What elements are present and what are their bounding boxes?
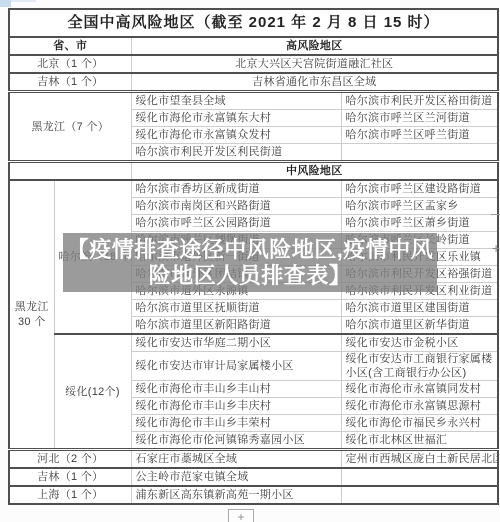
table-row: 中风险地区 xyxy=(9,162,498,181)
table-row: 吉林（1 个） 公主岭市范家屯镇全域 xyxy=(9,468,498,486)
region-cell: 哈尔滨市道里区新华街道 xyxy=(341,317,498,335)
region-cell: 哈尔滨市呼兰区建设路街道 xyxy=(341,180,498,198)
table-row: 河北（2 个） 石家庄市藁城区全域 定州市西城区庞白土新民居北区 xyxy=(9,450,498,469)
region-cell: 绥化市海伦市丰山乡丰山村 xyxy=(131,381,341,398)
section-header-mid-risk: 中风险地区 xyxy=(131,162,498,181)
table-title: 全国中高风险地区（截至 2021 年 2 月 8 日 15 时） xyxy=(9,9,498,37)
region-cell: 吉林省通化市东昌区全域 xyxy=(131,73,498,92)
section-header-high-risk: 高风险地区 xyxy=(131,37,498,55)
region-cell: 哈尔滨市呼兰区萧乡街道 xyxy=(341,215,498,232)
region-cell: 绥化市望奎县全域 xyxy=(131,92,341,110)
region-cell: 哈尔滨市香坊区新成街道 xyxy=(131,180,341,198)
table-row: 吉林（1 个） 吉林省通化市东昌区全域 xyxy=(9,73,498,92)
region-cell: 绥化市海伦市永富镇思源村 xyxy=(341,398,498,415)
region-cell: 绥化市海伦市丰山乡丰荣村 xyxy=(131,415,341,432)
region-cell: 哈尔滨市道里区抚顺街道 xyxy=(131,300,341,317)
region-cell: 北京大兴区天宫院街道融汇社区 xyxy=(131,55,498,73)
region-cell: 哈尔滨市呼兰区孟家乡 xyxy=(341,198,498,215)
province-cell: 吉林（1 个） xyxy=(9,73,131,92)
city-cell: 绥化(12个) xyxy=(54,334,131,450)
table-row: 绥化(12个) 绥化市安达市华庭二期小区 绥化市安达市金税小区 xyxy=(9,334,498,352)
province-cell: 黑龙江（7 个） xyxy=(9,92,131,162)
region-cell: 哈尔滨市道里区建国街道 xyxy=(341,300,498,317)
region-cell: 哈尔滨市呼兰区兰河街道 xyxy=(341,110,498,127)
region-cell: 绥化市安达市金税小区 xyxy=(341,334,498,352)
region-cell: 哈尔滨市呼兰区呼兰街道 xyxy=(341,127,498,144)
region-cell: 绥化市安达市审计局家属楼小区 xyxy=(131,352,341,381)
region-cell: 绥化市海伦市永富镇东大村 xyxy=(131,110,341,127)
region-cell: 绥化市海伦市伦河镇锦秀嘉园小区 xyxy=(131,432,341,450)
region-cell: 绥化市海伦市永富镇众发村 xyxy=(131,127,341,144)
region-cell: 绥化市海伦市永富镇同发村 xyxy=(341,381,498,398)
corner-artifact xyxy=(0,0,11,7)
table-row: 上海（1 个） 浦东新区高东镇新高苑一期小区 xyxy=(9,486,498,504)
watermark-line1: 【疫情排查途径中风险地区,疫情中风 xyxy=(67,237,434,263)
region-cell: 石家庄市藁城区全域 xyxy=(131,450,341,469)
region-cell xyxy=(341,486,498,504)
table-row: 黑龙江（7 个） 绥化市望奎县全域 哈尔滨市利民开发区裕田街道 xyxy=(9,92,498,110)
province-cell: 黑龙江 30 个 xyxy=(9,180,54,450)
region-cell: 哈尔滨市利民开发区利民街道 xyxy=(131,144,341,162)
region-cell: 公主岭市范家屯镇全域 xyxy=(131,468,341,486)
region-cell: 哈尔滨市道里区新阳路街道 xyxy=(131,317,341,335)
region-cell: 绥化市海伦市福民乡永兴村 xyxy=(341,415,498,432)
page: 全国中高风险地区（截至 2021 年 2 月 8 日 15 时） 省、市 高风险… xyxy=(0,0,500,522)
edge-dash-control[interactable] xyxy=(491,214,500,215)
province-cell: 河北（2 个） xyxy=(9,450,131,469)
region-cell: 绥化市安达市华庭二期小区 xyxy=(131,334,341,352)
column-header-province: 省、市 xyxy=(9,37,131,55)
blank-cell xyxy=(9,162,131,181)
province-cell: 吉林（1 个） xyxy=(9,468,131,486)
region-cell: 哈尔滨市南岗区和兴路街道 xyxy=(131,198,341,215)
watermark-overlay: 【疫情排查途径中风险地区,疫情中风 险地区人员排查表】 xyxy=(63,233,437,292)
table-row: 黑龙江 30 个 哈尔滨（18 个） 哈尔滨市香坊区新成街道 哈尔滨市呼兰区建设… xyxy=(9,180,498,198)
region-cell xyxy=(341,468,498,486)
region-cell: 绥化市安达市工商银行家属楼小区(含工商银行办公区) xyxy=(341,352,498,381)
province-cell: 上海（1 个） xyxy=(9,486,131,504)
watermark-line2: 险地区人员排查表】 xyxy=(149,263,352,289)
table-row: 省、市 高风险地区 xyxy=(9,37,498,55)
region-cell: 绥化市海伦市丰山乡丰庆村 xyxy=(131,398,341,415)
region-cell: 绥化市北林区世福汇 xyxy=(341,432,498,450)
edge-plus-control[interactable]: + xyxy=(492,240,500,256)
region-cell: 哈尔滨市利民开发区裕田街道 xyxy=(341,92,498,110)
table-row: 全国中高风险地区（截至 2021 年 2 月 8 日 15 时） xyxy=(9,9,498,37)
region-cell: 哈尔滨市呼兰区公园路街道 xyxy=(131,215,341,232)
region-cell: 定州市西城区庞白土新民居北区 xyxy=(341,450,498,469)
province-cell: 北京（1 个） xyxy=(9,55,131,73)
region-cell xyxy=(341,144,498,162)
region-cell: 浦东新区高东镇新高苑一期小区 xyxy=(131,486,341,504)
add-button[interactable]: + xyxy=(228,509,254,522)
table-row: 北京（1 个） 北京大兴区天宫院街道融汇社区 xyxy=(9,55,498,73)
